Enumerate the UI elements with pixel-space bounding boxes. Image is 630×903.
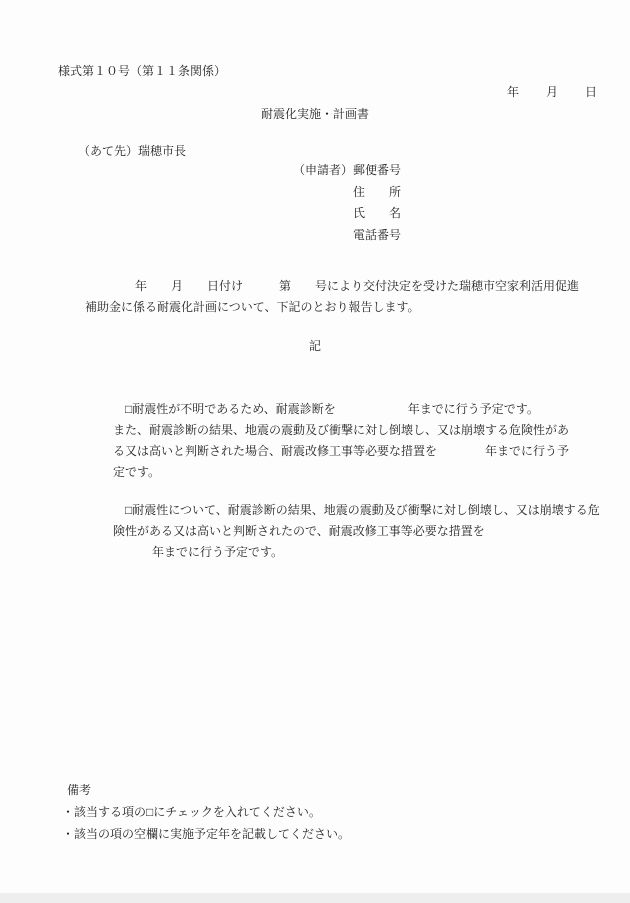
document-page: 様式第１０号（第１１条関係） 年 月 日 耐震化実施・計画書 （あて先）瑞穂市長… (0, 0, 630, 903)
form-number: 様式第１０号（第１１条関係） (58, 61, 226, 82)
note-bullet-2: ・該当の項の空欄に実施予定年を記載してください。 (62, 823, 350, 845)
notes-heading: 備考 (67, 779, 350, 801)
addressee-line: （あて先）瑞穂市長 (78, 141, 186, 162)
body-paragraph: 年 月 日付け 第 号により交付決定を受けた瑞穂市空家利活用促進 補助金に係る耐… (85, 276, 630, 318)
applicant-field-postal-code: 郵便番号 (353, 160, 401, 182)
page-bottom-edge (0, 893, 630, 903)
ki-heading: 記 (0, 336, 630, 357)
applicant-field-name: 氏 名 (353, 203, 401, 225)
applicant-field-address: 住 所 (353, 182, 401, 204)
plan-option-1-text: 耐震性が不明であるため、耐震診断を 年までに行う予定です。 また、耐震診断の結果… (113, 402, 569, 479)
date-line: 年 月 日 (507, 82, 597, 103)
applicant-field-phone: 電話番号 (353, 225, 401, 247)
plan-option-2: □耐震性について、耐震診断の結果、地震の震動及び衝撃に対し倒壊し、又は崩壊する危… (97, 479, 630, 584)
document-title: 耐震化実施・計画書 (0, 104, 630, 125)
plan-option-2-text: 耐震性について、耐震診断の結果、地震の震動及び衝撃に対し倒壊し、又は崩壊する危 … (113, 503, 600, 559)
applicant-block: （申請者） 郵便番号 住 所 氏 名 電話番号 (293, 160, 401, 246)
note-bullet-1: ・該当する項の□にチェックを入れてください。 (62, 801, 350, 823)
applicant-fields: 郵便番号 住 所 氏 名 電話番号 (353, 160, 401, 246)
notes-block: 備考 ・該当する項の□にチェックを入れてください。 ・該当の項の空欄に実施予定年… (62, 779, 350, 845)
applicant-label: （申請者） (293, 160, 353, 182)
